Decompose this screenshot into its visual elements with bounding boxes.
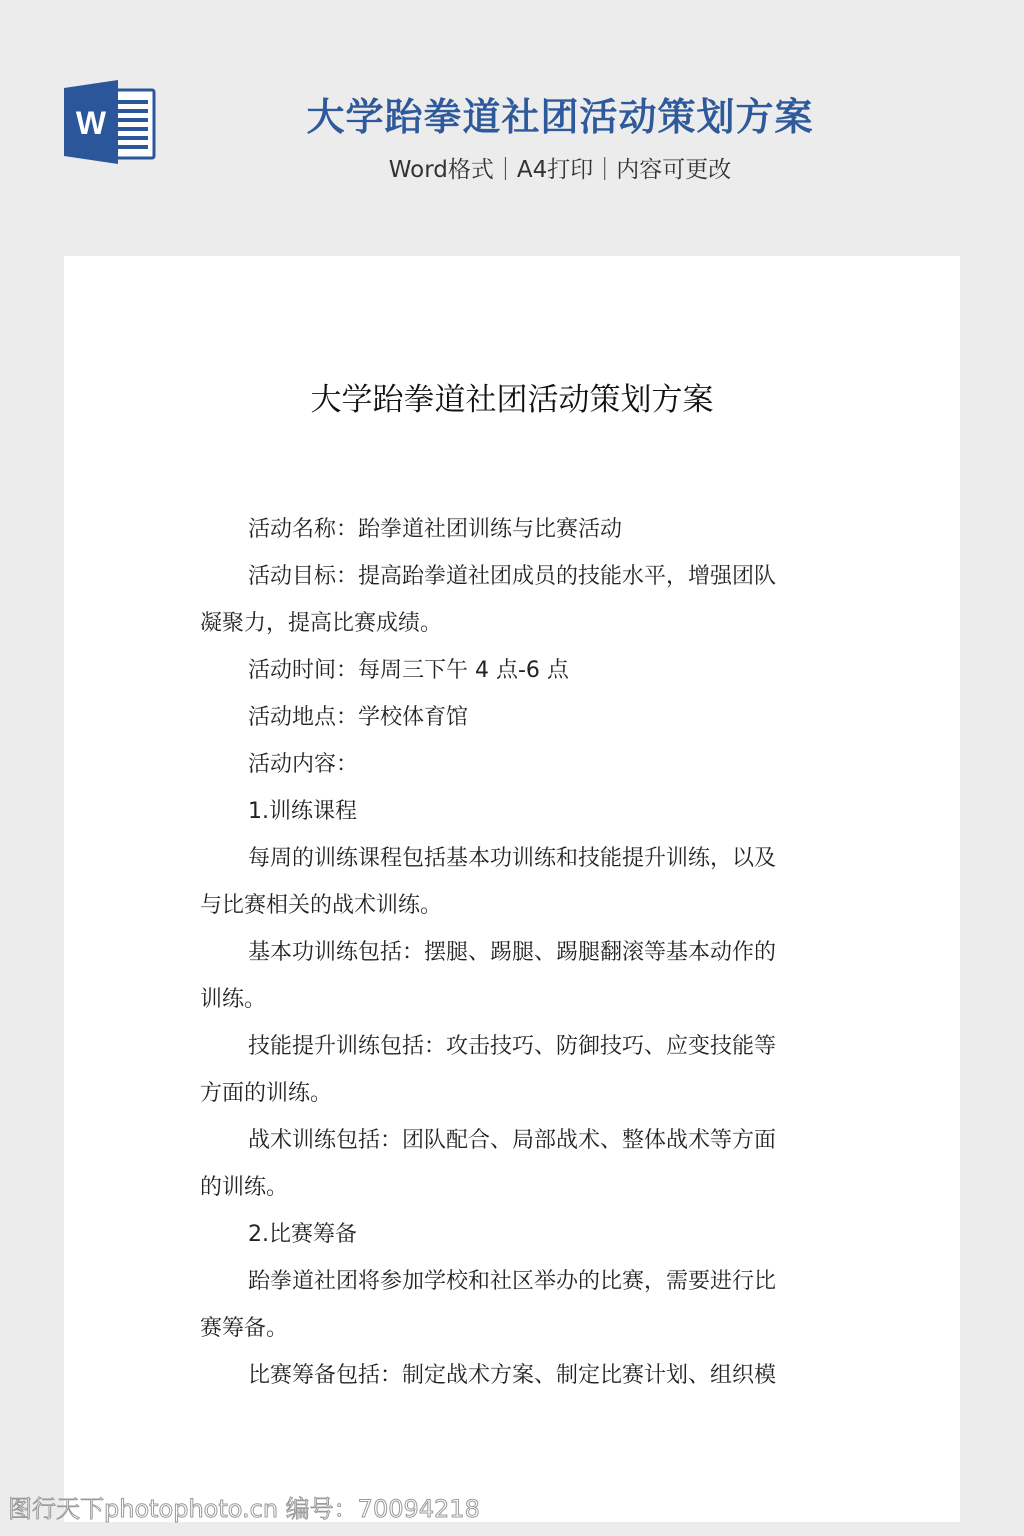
paragraph-line: 跆拳道社团将参加学校和社区举办的比赛，需要进行比	[200, 1258, 826, 1305]
section-heading: 2.比赛筹备	[200, 1211, 826, 1258]
paragraph-line: 活动地点：学校体育馆	[200, 694, 826, 741]
paragraph-line: 训练。	[200, 976, 826, 1023]
paragraph-line: 活动内容：	[200, 741, 826, 788]
svg-text:W: W	[76, 105, 107, 141]
paragraph-line: 活动目标：提高跆拳道社团成员的技能水平，增强团队	[200, 553, 826, 600]
paragraph-line: 方面的训练。	[200, 1070, 826, 1117]
header-subtitle: Word格式｜A4打印｜内容可更改	[280, 154, 840, 186]
paragraph-line: 活动名称：跆拳道社团训练与比赛活动	[200, 506, 826, 553]
document-page: 大学跆拳道社团活动策划方案 活动名称：跆拳道社团训练与比赛活动 活动目标：提高跆…	[64, 256, 960, 1522]
section-heading: 1.训练课程	[200, 788, 826, 835]
paragraph-line: 凝聚力，提高比赛成绩。	[200, 600, 826, 647]
paragraph-line: 基本功训练包括：摆腿、踢腿、踢腿翻滚等基本动作的	[200, 929, 826, 976]
watermark: 图行天下photophoto.cn 编号：70094218	[8, 1494, 480, 1524]
paragraph-line: 的训练。	[200, 1164, 826, 1211]
header: W 大学跆拳道社团活动策划方案 Word格式｜A4打印｜内容可更改	[0, 0, 1024, 256]
document-body: 活动名称：跆拳道社团训练与比赛活动 活动目标：提高跆拳道社团成员的技能水平，增强…	[200, 506, 826, 1399]
paragraph-line: 每周的训练课程包括基本功训练和技能提升训练，以及	[200, 835, 826, 882]
paragraph-line: 赛筹备。	[200, 1305, 826, 1352]
paragraph-line: 与比赛相关的战术训练。	[200, 882, 826, 929]
paragraph-line: 比赛筹备包括：制定战术方案、制定比赛计划、组织模	[200, 1352, 826, 1399]
paragraph-line: 战术训练包括：团队配合、局部战术、整体战术等方面	[200, 1117, 826, 1164]
paragraph-line: 活动时间：每周三下午 4 点-6 点	[200, 647, 826, 694]
paragraph-line: 技能提升训练包括：攻击技巧、防御技巧、应变技能等	[200, 1023, 826, 1070]
header-title: 大学跆拳道社团活动策划方案	[280, 94, 840, 140]
word-document-icon: W	[64, 80, 156, 164]
document-title: 大学跆拳道社团活动策划方案	[64, 380, 960, 420]
